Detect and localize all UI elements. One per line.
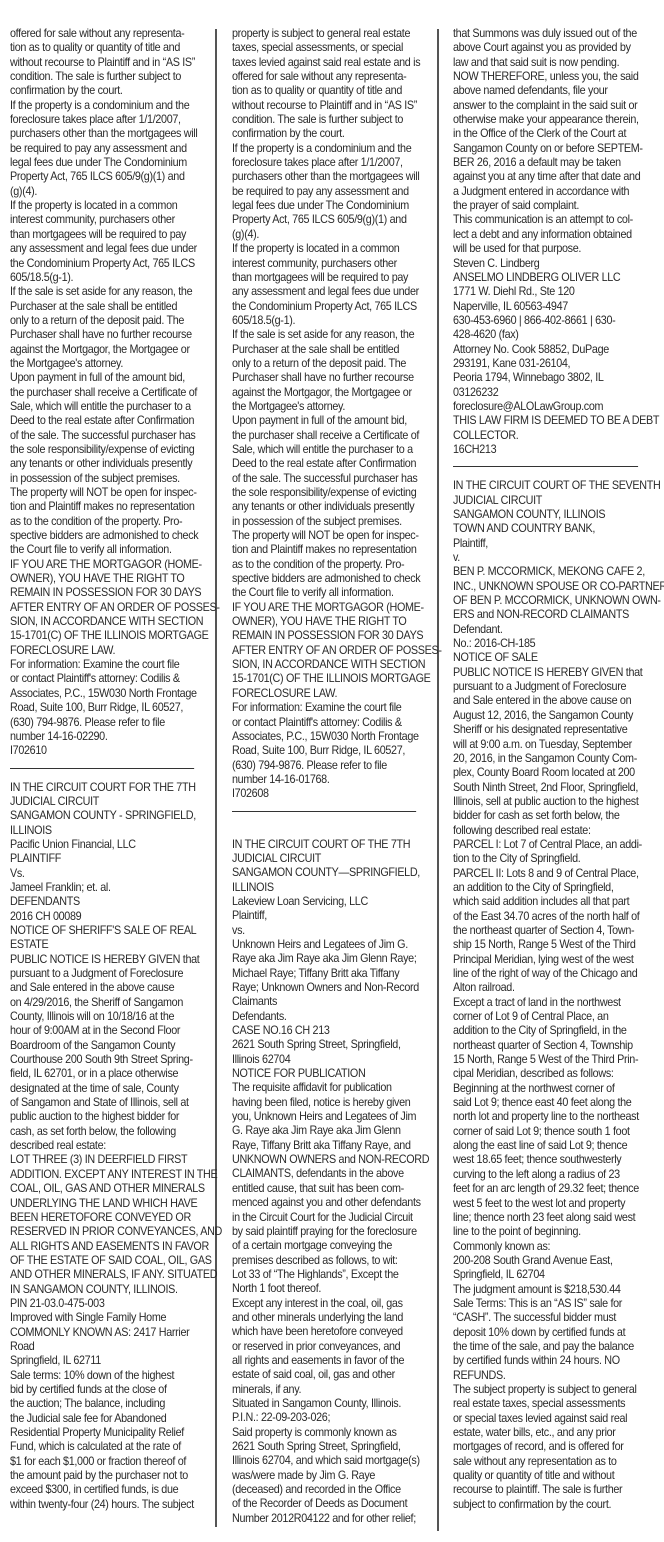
notice-text-line: The property will NOT be open for inspec…	[232, 529, 429, 543]
notice-text-line: Michael Raye; Tiffany Britt aka Tiffany	[232, 967, 429, 981]
notice-text-line: Number 2012R04122 and for other relief;	[232, 1512, 429, 1526]
notice-text-line: or reserved in prior conveyances, and	[232, 1340, 429, 1354]
legal-notice-lakeview-loan-servicing: IN THE CIRCUIT COURT OF THE 7THJUDICIAL …	[232, 838, 429, 1527]
notice-text-line: Improved with Single Family Home	[10, 1311, 207, 1325]
notice-text-line: taxes levied against said real estate an…	[232, 56, 429, 70]
notice-text-line: COAL, OIL, GAS AND OTHER MINERALS	[10, 1182, 207, 1196]
spacer	[232, 824, 429, 838]
notice-text-line: The judgment amount is $218,530.44	[453, 1283, 654, 1297]
notice-text-line: OWNER), YOU HAVE THE RIGHT TO	[10, 572, 207, 586]
notice-text-line: pursuant to a Judgment of Foreclosure	[10, 967, 207, 981]
column-1: offered for sale without any representa-…	[10, 27, 207, 1512]
notice-text-line: on 4/29/2016, the Sheriff of Sangamon	[10, 996, 207, 1010]
notice-text-line: 293191, Kane 031-26104,	[453, 357, 654, 371]
notice-text-line: of the sale. The successful purchaser ha…	[10, 429, 207, 443]
notice-text-line: against the Mortgagor, the Mortgagee or	[10, 343, 207, 357]
notice-text-line: ANSELMO LINDBERG OLIVER LLC	[453, 271, 654, 285]
notice-text-line: the Mortgagee's attorney.	[10, 357, 207, 371]
notice-text-line: the sole responsibility/expense of evict…	[10, 443, 207, 457]
notice-text-line: line to the point of beginning.	[453, 1225, 654, 1239]
notice-text-line: offered for sale without any representa-	[232, 70, 429, 84]
notice-text-line: PARCEL II: Lots 8 and 9 of Central Place…	[453, 867, 654, 881]
notice-text-line: only to a return of the deposit paid. Th…	[232, 357, 429, 371]
notice-text-line: TOWN AND COUNTRY BANK,	[453, 522, 654, 536]
notice-text-line: NOW THEREFORE, unless you, the said	[453, 70, 654, 84]
notice-text-line: described real estate:	[10, 1139, 207, 1153]
notice-text-line: bidder for cash as set forth below, the	[453, 809, 654, 823]
notice-text-line: IN THE CIRCUIT COURT OF THE SEVENTH	[453, 479, 654, 493]
notice-text-line: the purchaser shall receive a Certificat…	[232, 429, 429, 443]
notice-text-line: Purchaser shall have no further recourse	[10, 328, 207, 342]
notice-text-line: PARCEL I: Lot 7 of Central Place, an add…	[453, 838, 654, 852]
notice-text-line: COMMONLY KNOWN AS: 2417 Harrier	[10, 1326, 207, 1340]
notice-text-line: AFTER ENTRY OF AN ORDER OF POSSES-	[10, 601, 207, 615]
notice-text-line: the Court file to verify all information…	[232, 586, 429, 600]
notice-text-line: which have been heretofore conveyed	[232, 1325, 429, 1339]
notice-text-line: The requisite affidavit for publication	[232, 1081, 429, 1095]
notice-text-line: 2016 CH 00089	[10, 910, 207, 924]
legal-notice-pacific-union-financial: IN THE CIRCUIT COURT FOR THE 7THJUDICIAL…	[10, 781, 207, 1513]
notice-text-line: AND OTHER MINERALS, IF ANY. SITUATED	[10, 1268, 207, 1282]
notice-text-line: JUDICIAL CIRCUIT	[232, 852, 429, 866]
legal-notice-continued-16ch213: that Summons was duly issued out of thea…	[453, 27, 654, 457]
notice-text-line: west 18.65 feet; thence southwesterly	[453, 1153, 654, 1167]
notice-text-line: SANGAMON COUNTY - SPRINGFIELD,	[10, 809, 207, 823]
notice-text-line: against the Mortgagor, the Mortgagee or	[232, 386, 429, 400]
notice-text-line: Beginning at the northwest corner of	[453, 1082, 654, 1096]
notice-text-line: interest community, purchasers other	[10, 213, 207, 227]
notice-text-line: BEN P. MCCORMICK, MEKONG CAFE 2,	[453, 565, 654, 579]
notice-text-line: The subject property is subject to gener…	[453, 1383, 654, 1397]
notice-text-line: tion as to quality or quantity of title …	[232, 84, 429, 98]
notice-text-line: (g)(4).	[10, 185, 207, 199]
notice-text-line: IN SANGAMON COUNTY, ILLINOIS.	[10, 1283, 207, 1297]
notice-text-line: without recourse to Plaintiff and in “AS…	[232, 99, 429, 113]
notice-text-line: as to the condition of the property. Pro…	[232, 558, 429, 572]
notice-text-line: number 14-16-01768.	[232, 773, 429, 787]
notice-text-line: any tenants or other individuals present…	[232, 500, 429, 514]
notice-text-line: SANGAMON COUNTY, ILLINOIS	[453, 508, 654, 522]
notice-text-line: above named defendants, file your	[453, 84, 654, 98]
notice-text-line: that Summons was duly issued out of the	[453, 27, 654, 41]
column-2: property is subject to general real esta…	[232, 27, 429, 1526]
notice-text-line: Purchaser at the sale shall be entitled	[10, 300, 207, 314]
notice-text-line: DEFENDANTS	[10, 895, 207, 909]
notice-text-line: estate of said coal, oil, gas and other	[232, 1368, 429, 1382]
notice-text-line: IN THE CIRCUIT COURT OF THE 7TH	[232, 838, 429, 852]
notice-text-line: be required to pay any assessment and	[10, 142, 207, 156]
notice-text-line: you, Unknown Heirs and Legatees of Jim	[232, 1110, 429, 1124]
notice-text-line: Lot 33 of “The Highlands”, Except the	[232, 1268, 429, 1282]
notice-text-line: (deceased) and recorded in the Office	[232, 1483, 429, 1497]
notice-text-line: Situated in Sangamon County, Illinois.	[232, 1397, 429, 1411]
notice-text-line: “CASH”. The successful bidder must	[453, 1311, 654, 1325]
notice-text-line: IF YOU ARE THE MORTGAGOR (HOME-	[232, 601, 429, 615]
notice-text-line: Springfield, IL 62711	[10, 1354, 207, 1368]
notice-text-line: purchasers other than the mortgagees wil…	[10, 127, 207, 141]
notice-text-line: northeast quarter of Section 4, Township	[453, 1039, 654, 1053]
notice-text-line: tion to the City of Springfield.	[453, 852, 654, 866]
notice-text-line: COLLECTOR.	[453, 429, 654, 443]
notice-text-line: spective bidders are admonished to check	[10, 529, 207, 543]
notice-text-line: in possession of the subject premises.	[232, 515, 429, 529]
notice-text-line: ADDITION. EXCEPT ANY INTEREST IN THE	[10, 1168, 207, 1182]
notice-text-line: of the Recorder of Deeds as Document	[232, 1497, 429, 1511]
notice-text-line: Upon payment in full of the amount bid,	[232, 414, 429, 428]
notice-text-line: Illinois 62704, and which said mortgage(…	[232, 1454, 429, 1468]
notice-text-line: purchasers other than the mortgagees wil…	[232, 170, 429, 184]
notice-text-line: ILLINOIS	[232, 881, 429, 895]
notice-text-line: or contact Plaintiff's attorney: Codilis…	[10, 672, 207, 686]
notice-text-line: 16CH213	[453, 443, 654, 457]
notice-text-line: foreclosure@ALOLawGroup.com	[453, 400, 654, 414]
notice-text-line: 03126232	[453, 386, 654, 400]
notice-text-line: Naperville, IL 60563-4947	[453, 300, 654, 314]
notice-text-line: Raye, Tiffany Britt aka Tiffany Raye, an…	[232, 1139, 429, 1153]
notice-text-line: ERS and NON-RECORD CLAIMANTS	[453, 608, 654, 622]
notice-text-line: IF YOU ARE THE MORTGAGOR (HOME-	[10, 558, 207, 572]
notice-text-line: 2621 South Spring Street, Springfield,	[232, 1440, 429, 1454]
notice-text-line: Vs.	[10, 867, 207, 881]
notice-text-line: ESTATE	[10, 938, 207, 952]
notice-text-line: which said addition includes all that pa…	[453, 895, 654, 909]
notice-text-line: Raye; Unknown Owners and Non-Record	[232, 981, 429, 995]
notice-text-line: the Mortgagee's attorney.	[232, 400, 429, 414]
notice-text-line: cipal Meridian, described as follows:	[453, 1067, 654, 1081]
notice-text-line: answer to the complaint in the said suit…	[453, 99, 654, 113]
notice-text-line: (630) 794-9876. Please refer to file	[10, 716, 207, 730]
notice-text-line: west 5 feet to the west lot and property	[453, 1197, 654, 1211]
column-3: that Summons was duly issued out of thea…	[453, 27, 654, 1512]
notice-text-line: Principal Meridian, lying west of the we…	[453, 953, 654, 967]
notice-text-line: lect a debt and any information obtained	[453, 228, 654, 242]
notice-text-line: County, Illinois will on 10/18/16 at the	[10, 1010, 207, 1024]
notice-text-line: corner of said Lot 9; thence south 1 foo…	[453, 1125, 654, 1139]
notice-text-line: Steven C. Lindberg	[453, 257, 654, 271]
notice-text-line: law and that said suit is now pending.	[453, 56, 654, 70]
notice-text-line: Sale, which will entitle the purchaser t…	[10, 400, 207, 414]
notice-text-line: Deed to the real estate after Confirmati…	[232, 457, 429, 471]
notice-text-line: the Condominium Property Act, 765 ILCS	[232, 300, 429, 314]
notice-text-line: Purchaser at the sale shall be entitled	[232, 343, 429, 357]
notice-text-line: Pacific Union Financial, LLC	[10, 838, 207, 852]
notice-text-line: OF BEN P. MCCORMICK, UNKNOWN OWN-	[453, 594, 654, 608]
notice-text-line: ALL RIGHTS AND EASEMENTS IN FAVOR	[10, 1240, 207, 1254]
notice-text-line: or special taxes levied against said rea…	[453, 1412, 654, 1426]
notice-text-line: REMAIN IN POSSESSION FOR 30 DAYS	[232, 629, 429, 643]
notice-text-line: in the Circuit Court for the Judicial Ci…	[232, 1211, 429, 1225]
legal-notice-continued-i702608: property is subject to general real esta…	[232, 27, 429, 802]
notice-text-line: offered for sale without any representa-	[10, 27, 207, 41]
notice-text-line: Purchaser shall have no further recourse	[232, 371, 429, 385]
notice-text-line: Sheriff or his designated representative	[453, 723, 654, 737]
column-divider	[215, 29, 217, 1527]
notice-text-line: THIS LAW FIRM IS DEEMED TO BE A DEBT	[453, 414, 654, 428]
notice-text-line: Property Act, 765 ILCS 605/9(g)(1) and	[232, 213, 429, 227]
notice-text-line: $1 for each $1,000 or fraction thereof o…	[10, 1455, 207, 1469]
notice-text-line: If the sale is set aside for any reason,…	[232, 328, 429, 342]
notice-text-line: tion and Plaintiff makes no representati…	[10, 500, 207, 514]
notice-text-line: premises described as follows, to wit:	[232, 1254, 429, 1268]
notice-text-line: by said plaintiff praying for the forecl…	[232, 1225, 429, 1239]
notice-text-line: in possession of the subject premises.	[10, 472, 207, 486]
notice-text-line: Jameel Franklin; et. al.	[10, 881, 207, 895]
notice-text-line: REFUNDS.	[453, 1369, 654, 1383]
notice-text-line: 1771 W. Diehl Rd., Ste 120	[453, 285, 654, 299]
notice-text-line: If the sale is set aside for any reason,…	[10, 285, 207, 299]
notice-text-line: subject to confirmation by the court.	[453, 1498, 654, 1512]
notice-text-line: legal fees due under The Condominium	[10, 156, 207, 170]
notice-text-line: ILLINOIS	[10, 824, 207, 838]
notice-text-line: Defendant.	[453, 623, 654, 637]
notice-text-line: only to a return of the deposit paid. Th…	[10, 314, 207, 328]
notice-text-line: 2621 South Spring Street, Springfield,	[232, 1038, 429, 1052]
notice-text-line: spective bidders are admonished to check	[232, 572, 429, 586]
notice-text-line: cash, as set forth below, the following	[10, 1125, 207, 1139]
notice-text-line: recourse to plaintiff. The sale is furth…	[453, 1483, 654, 1497]
notice-text-line: sale without any representation as to	[453, 1455, 654, 1469]
notice-text-line: the sole responsibility/expense of evict…	[232, 486, 429, 500]
notice-text-line: PUBLIC NOTICE IS HEREBY GIVEN that	[453, 666, 654, 680]
notice-text-line: This communication is an attempt to col-	[453, 213, 654, 227]
notice-text-line: property is subject to general real esta…	[232, 27, 429, 41]
notice-text-line: Springfield, IL 62704	[453, 1268, 654, 1282]
notice-text-line: above Court against you as provided by	[453, 41, 654, 55]
notice-text-line: Alton railroad.	[453, 981, 654, 995]
notice-text-line: 428-4620 (fax)	[453, 328, 654, 342]
notice-text-line: G. Raye aka Jim Raye aka Jim Glenn	[232, 1124, 429, 1138]
notice-text-line: BER 26, 2016 a default may be taken	[453, 156, 654, 170]
notice-text-line: a Judgment entered in accordance with	[453, 185, 654, 199]
notice-text-line: all rights and easements in favor of the	[232, 1354, 429, 1368]
notice-text-line: (630) 794-9876. Please refer to file	[232, 759, 429, 773]
notice-text-line: FORECLOSURE LAW.	[10, 644, 207, 658]
notice-text-line: having been filed, notice is hereby give…	[232, 1096, 429, 1110]
notice-text-line: condition. The sale is further subject t…	[10, 70, 207, 84]
notice-text-line: REMAIN IN POSSESSION FOR 30 DAYS	[10, 586, 207, 600]
notice-text-line: designated at the time of sale, County	[10, 1082, 207, 1096]
notice-text-line: Said property is commonly known as	[232, 1426, 429, 1440]
notice-text-line: than mortgagees will be required to pay	[10, 228, 207, 242]
notice-text-line: of a certain mortgage conveying the	[232, 1239, 429, 1253]
notice-text-line: The property will NOT be open for inspec…	[10, 486, 207, 500]
notice-text-line: than mortgagees will be required to pay	[232, 271, 429, 285]
legal-notice-continued-i702610: offered for sale without any representa-…	[10, 27, 207, 759]
notice-text-line: If the property is located in a common	[232, 242, 429, 256]
notice-text-line: Commonly known as:	[453, 1240, 654, 1254]
notice-text-line: 200-208 South Grand Avenue East,	[453, 1254, 654, 1268]
notice-text-line: If the property is a condominium and the	[10, 99, 207, 113]
notice-text-line: Lakeview Loan Servicing, LLC	[232, 895, 429, 909]
notice-text-line: For information: Examine the court file	[10, 658, 207, 672]
notice-text-line: taxes, special assessments, or special	[232, 41, 429, 55]
notice-text-line: hour of 9:00AM at in the Second Floor	[10, 1024, 207, 1038]
notice-text-line: South Ninth Street, 2nd Floor, Springfie…	[453, 781, 654, 795]
notice-text-line: 15 North, Range 5 West of the Third Prin…	[453, 1053, 654, 1067]
notice-text-line: any assessment and legal fees due under	[232, 285, 429, 299]
notice-text-line: the Court file to verify all information…	[10, 543, 207, 557]
notice-text-line: mortgages of record, and is offered for	[453, 1440, 654, 1454]
notice-text-line: the time of the sale, and pay the balanc…	[453, 1340, 654, 1354]
notice-text-line: minerals, if any.	[232, 1383, 429, 1397]
column-divider	[437, 29, 439, 1531]
notice-text-line: No.: 2016-CH-185	[453, 637, 654, 651]
notice-text-line: FORECLOSURE LAW.	[232, 687, 429, 701]
notice-text-line: estate, water bills, etc., and any prior	[453, 1426, 654, 1440]
notice-text-line: Claimants	[232, 995, 429, 1009]
notice-text-line: menced against you and other defendants	[232, 1196, 429, 1210]
notice-text-line: number 14-16-02290.	[10, 730, 207, 744]
notice-text-line: of the East 34.70 acres of the north hal…	[453, 910, 654, 924]
notice-text-line: foreclosure takes place after 1/1/2007,	[10, 113, 207, 127]
notice-separator-rule	[10, 768, 194, 769]
notice-text-line: as to the condition of the property. Pro…	[10, 515, 207, 529]
notice-text-line: BEEN HERETOFORE CONVEYED OR	[10, 1211, 207, 1225]
notice-text-line: I702610	[10, 744, 207, 758]
notice-text-line: North 1 foot thereof.	[232, 1282, 429, 1296]
notice-text-line: CASE NO.16 CH 213	[232, 1024, 429, 1038]
notice-text-line: Associates, P.C., 15W030 North Frontage	[10, 687, 207, 701]
notice-text-line: Road, Suite 100, Burr Ridge, IL 60527,	[232, 744, 429, 758]
notice-text-line: and Sale entered in the above cause on	[453, 694, 654, 708]
notice-text-line: line of the right of way of the Chicago …	[453, 967, 654, 981]
notice-text-line: 20, 2016, in the Sangamon County Com-	[453, 752, 654, 766]
notice-text-line: and Sale entered in the above cause	[10, 981, 207, 995]
notice-text-line: 605/18.5(g-1).	[10, 271, 207, 285]
notice-text-line: vs.	[232, 924, 429, 938]
notice-text-line: real estate taxes, special assessments	[453, 1397, 654, 1411]
notice-separator-rule	[453, 466, 638, 467]
notice-text-line: SANGAMON COUNTY—SPRINGFIELD,	[232, 866, 429, 880]
notice-text-line: within twenty-four (24) hours. The subje…	[10, 1498, 207, 1512]
notice-text-line: without recourse to Plaintiff and in “AS…	[10, 56, 207, 70]
notice-text-line: Unknown Heirs and Legatees of Jim G.	[232, 938, 429, 952]
notice-text-line: north lot and property line to the north…	[453, 1110, 654, 1124]
notice-text-line: addition to the City of Springfield, in …	[453, 1024, 654, 1038]
notice-text-line: Deed to the real estate after Confirmati…	[10, 414, 207, 428]
notice-text-line: 630-453-6960 | 866-402-8661 | 630-	[453, 314, 654, 328]
notice-text-line: Residential Property Municipality Relief	[10, 1426, 207, 1440]
notice-text-line: confirmation by the court.	[232, 127, 429, 141]
notice-text-line: IN THE CIRCUIT COURT FOR THE 7TH	[10, 781, 207, 795]
notice-text-line: legal fees due under The Condominium	[232, 199, 429, 213]
notice-text-line: 15-1701(C) OF THE ILLINOIS MORTGAGE	[232, 672, 429, 686]
notice-text-line: line; thence north 23 feet along said we…	[453, 1211, 654, 1225]
notice-text-line: Road	[10, 1340, 207, 1354]
notice-text-line: pursuant to a Judgment of Foreclosure	[453, 680, 654, 694]
notice-text-line: along the east line of said Lot 9; thenc…	[453, 1139, 654, 1153]
notice-text-line: tion as to quality or quantity of title …	[10, 41, 207, 55]
notice-text-line: I702608	[232, 787, 429, 801]
notice-text-line: corner of Lot 9 of Central Place, an	[453, 1010, 654, 1024]
notice-text-line: in the Office of the Clerk of the Court …	[453, 127, 654, 141]
notice-text-line: any tenants or other individuals present…	[10, 457, 207, 471]
notice-text-line: JUDICIAL CIRCUIT	[453, 494, 654, 508]
notice-text-line: feet for an arc length of 29.32 feet; th…	[453, 1182, 654, 1196]
notice-text-line: the auction; The balance, including	[10, 1397, 207, 1411]
notice-text-line: Courthouse 200 South 9th Street Spring-	[10, 1053, 207, 1067]
notice-text-line: 605/18.5(g-1).	[232, 314, 429, 328]
notice-text-line: of Sangamon and State of Illinois, sell …	[10, 1096, 207, 1110]
notice-text-line: otherwise make your appearance therein,	[453, 113, 654, 127]
notice-text-line: v.	[453, 551, 654, 565]
notice-separator-rule	[232, 811, 416, 812]
notice-text-line: Illinois 62704	[232, 1053, 429, 1067]
notice-text-line: Road, Suite 100, Burr Ridge, IL 60527,	[10, 701, 207, 715]
notice-text-line: NOTICE FOR PUBLICATION	[232, 1067, 429, 1081]
notice-text-line: the Condominium Property Act, 765 ILCS	[10, 257, 207, 271]
notice-text-line: quality or quantity of title and without	[453, 1469, 654, 1483]
notice-text-line: JUDICIAL CIRCUIT	[10, 795, 207, 809]
notice-text-line: Except a tract of land in the northwest	[453, 996, 654, 1010]
notice-text-line: Sale, which will entitle the purchaser t…	[232, 443, 429, 457]
notice-text-line: curving to the left along a radius of 23	[453, 1168, 654, 1182]
notice-text-line: be required to pay any assessment and	[232, 185, 429, 199]
notice-text-line: INC., UNKNOWN SPOUSE OR CO-PARTNER	[453, 580, 654, 594]
notice-text-line: entitled cause, that suit has been com-	[232, 1182, 429, 1196]
notice-text-line: Sangamon County on or before SEPTEM-	[453, 142, 654, 156]
notice-text-line: deposit 10% down by certified funds at	[453, 1326, 654, 1340]
notice-text-line: NOTICE OF SHERIFF'S SALE OF REAL	[10, 924, 207, 938]
notice-text-line: said Lot 9; thence east 40 feet along th…	[453, 1096, 654, 1110]
notice-text-line: the purchaser shall receive a Certificat…	[10, 386, 207, 400]
notice-text-line: Boardroom of the Sangamon County	[10, 1039, 207, 1053]
notice-text-line: If the property is located in a common	[10, 199, 207, 213]
notice-text-line: SION, IN ACCORDANCE WITH SECTION	[232, 658, 429, 672]
notice-text-line: following described real estate:	[453, 824, 654, 838]
notice-text-line: bid by certified funds at the close of	[10, 1383, 207, 1397]
notice-text-line: NOTICE OF SALE	[453, 651, 654, 665]
notice-text-line: public auction to the highest bidder for	[10, 1110, 207, 1124]
notice-text-line: will be used for that purpose.	[453, 242, 654, 256]
notice-text-line: Except any interest in the coal, oil, ga…	[232, 1297, 429, 1311]
notice-text-line: Defendants.	[232, 1010, 429, 1024]
notice-text-line: UNKNOWN OWNERS and NON-RECORD	[232, 1153, 429, 1167]
notice-text-line: Fund, which is calculated at the rate of	[10, 1440, 207, 1454]
notice-text-line: (g)(4).	[232, 228, 429, 242]
notice-text-line: P.I.N.: 22-09-203-026;	[232, 1411, 429, 1425]
notice-text-line: exceed $300, in certified funds, is due	[10, 1483, 207, 1497]
notice-text-line: SION, IN ACCORDANCE WITH SECTION	[10, 615, 207, 629]
notice-text-line: against you at any time after that date …	[453, 170, 654, 184]
notice-text-line: Raye aka Jim Raye aka Jim Glenn Raye;	[232, 952, 429, 966]
notice-text-line: CLAIMANTS, defendants in the above	[232, 1167, 429, 1181]
notice-text-line: PUBLIC NOTICE IS HEREBY GIVEN that	[10, 953, 207, 967]
notice-text-line: and other minerals underlying the land	[232, 1311, 429, 1325]
notice-text-line: For information: Examine the court file	[232, 701, 429, 715]
notice-text-line: UNDERLYING THE LAND WHICH HAVE	[10, 1197, 207, 1211]
notice-text-line: interest community, purchasers other	[232, 257, 429, 271]
notice-text-line: LOT THREE (3) IN DEERFIELD FIRST	[10, 1153, 207, 1167]
notice-text-line: plex, County Board Room located at 200	[453, 766, 654, 780]
notice-text-line: foreclosure takes place after 1/1/2007,	[232, 156, 429, 170]
notice-text-line: Sale terms: 10% down of the highest	[10, 1369, 207, 1383]
notice-text-line: ship 15 North, Range 5 West of the Third	[453, 938, 654, 952]
notice-text-line: PIN 21-03.0-475-003	[10, 1297, 207, 1311]
notice-text-line: any assessment and legal fees due under	[10, 242, 207, 256]
notice-text-line: confirmation by the court.	[10, 84, 207, 98]
notice-text-line: Plaintiff,	[232, 909, 429, 923]
legal-notice-town-and-country-bank: IN THE CIRCUIT COURT OF THE SEVENTHJUDIC…	[453, 479, 654, 1512]
notice-text-line: will at 9:00 a.m. on Tuesday, September	[453, 738, 654, 752]
notice-text-line: or contact Plaintiff's attorney: Codilis…	[232, 716, 429, 730]
notice-text-line: August 12, 2016, the Sangamon County	[453, 709, 654, 723]
notice-text-line: OF THE ESTATE OF SAID COAL, OIL, GAS	[10, 1254, 207, 1268]
notice-text-line: by certified funds within 24 hours. NO	[453, 1354, 654, 1368]
notice-text-line: an addition to the City of Springfield,	[453, 881, 654, 895]
notice-text-line: condition. The sale is further subject t…	[232, 113, 429, 127]
notice-text-line: If the property is a condominium and the	[232, 142, 429, 156]
